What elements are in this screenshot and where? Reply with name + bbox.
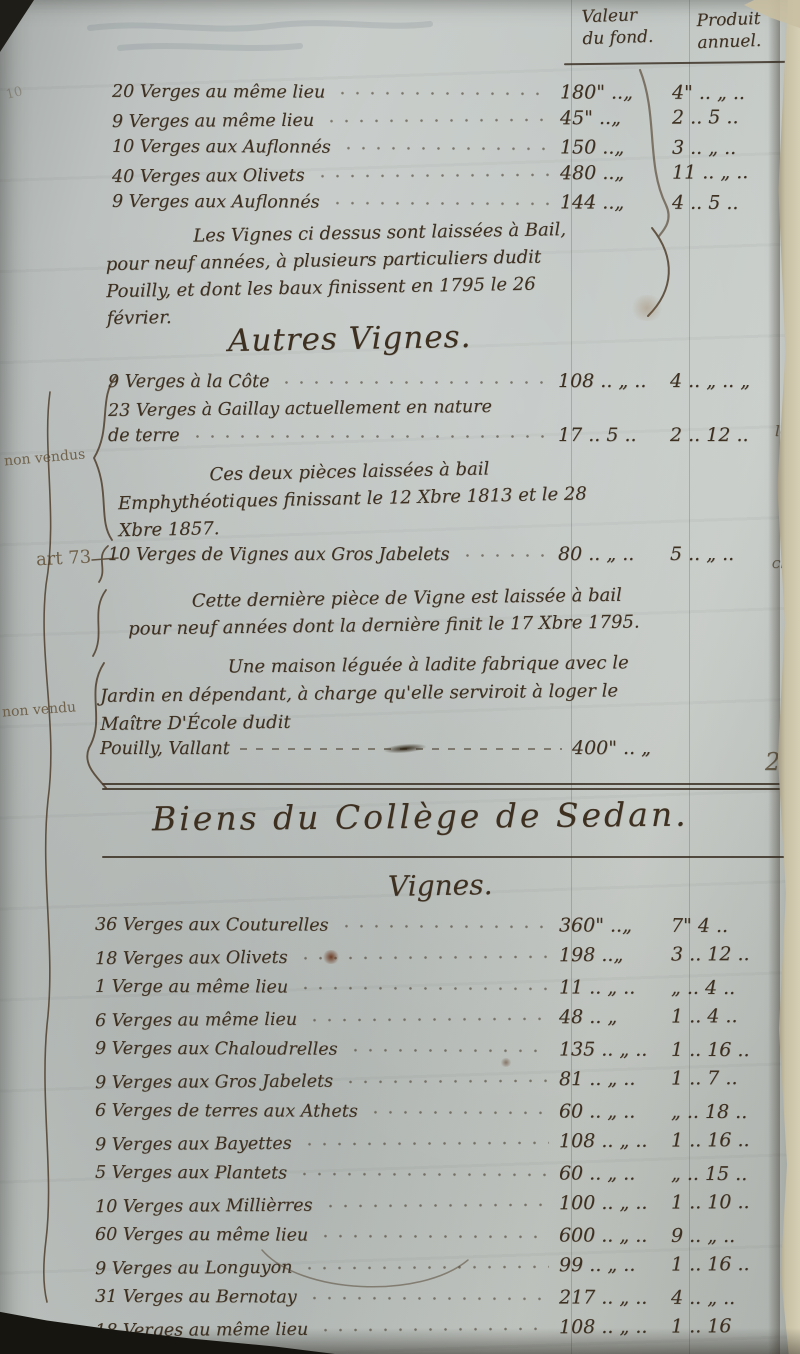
margin-note-non-vendus: non vendus <box>3 446 85 469</box>
page-gutter-shadow <box>768 0 780 1354</box>
row-description: 10 Verges aux Auflonnés <box>112 137 331 158</box>
ledger-row: 18 Verges aux Olivets 198 ..„ 3 .. 12 .. <box>95 934 771 969</box>
manuscript-page: Valeur du fond. Produit annuel. 20 Verge… <box>0 0 800 1354</box>
valeur-du-fond-value: 81 .. „ .. <box>559 1068 671 1091</box>
ledger-row: 9 Verges à la Côte 108 .. „ .. 4 .. „ ..… <box>108 370 770 392</box>
ink-stain <box>322 950 340 964</box>
produit-annuel-value: 4 .. 5 .. <box>672 192 772 214</box>
margin-brace-icon <box>99 546 108 582</box>
bail-note-pouilly: Les Vignes ci dessus sont laissées à Bai… <box>105 216 585 332</box>
produit-annuel-value: 1 .. 10 .. <box>671 1191 771 1214</box>
margin-wavy-line <box>44 392 51 1302</box>
row-description: 20 Verges au même lieu <box>112 82 325 103</box>
row-description: 5 Verges aux Plantets <box>95 1163 287 1184</box>
valeur-du-fond-value: 198 ..„ <box>559 944 671 967</box>
ledger-row: 9 Verges aux Gros Jabelets 81 .. „ .. 1 … <box>95 1058 771 1093</box>
margin-note-non-vendu: non vendu <box>2 699 77 720</box>
produit-annuel-value: 2 .. 5 .. <box>672 107 772 130</box>
valeur-du-fond-value: 60 .. „ .. <box>559 1162 671 1184</box>
valeur-du-fond-value: 80 .. „ .. <box>558 543 670 565</box>
valeur-du-fond-value: 45" ..„ <box>560 107 672 130</box>
ledger-row: 10 Verges aux Auflonnés 150 ..„ 3 .. „ .… <box>112 130 772 160</box>
bleedthrough-fragment: 10 <box>4 84 24 103</box>
bail-note-emphyteotique: Ces deux pièces laissées à bail Emphythé… <box>117 453 619 544</box>
ledger-row: 1 Verge au même lieu 11 .. „ .. „ .. 4 .… <box>95 966 771 999</box>
subheading-vignes: Vignes. <box>388 868 493 903</box>
produit-annuel-value: 4 .. „ .. „ <box>670 370 770 392</box>
dotted-leader <box>315 173 550 179</box>
valeur-du-fond-value: 600 .. „ .. <box>559 1224 671 1246</box>
row-description: 31 Verges au Bernotay <box>95 1287 297 1308</box>
valeur-du-fond-value: 135 .. „ .. <box>559 1038 671 1060</box>
divider-rule <box>102 788 790 790</box>
dotted-leader <box>339 924 549 930</box>
valeur-du-fond-value: 100 .. „ .. <box>559 1192 671 1215</box>
row-description: 36 Verges aux Couturelles <box>95 915 329 936</box>
margin-note-art-73: art 73 <box>35 547 91 571</box>
produit-annuel-value: 2 .. 12 .. <box>670 424 770 446</box>
row-description-continued: de terre <box>108 426 180 446</box>
maison-note: Une maison léguée à ladite fabrique avec… <box>100 649 646 739</box>
margin-brace-icon <box>93 590 106 656</box>
dotted-leader <box>190 434 548 439</box>
ledger-row: 9 Verges au Longuyon 99 .. „ .. 1 .. 16 … <box>95 1244 771 1279</box>
column-header-valeur-line1: Valeur <box>581 4 653 28</box>
ledger-row: 40 Verges aux Olivets 480 ..„ 11 .. „ .. <box>112 156 772 187</box>
row-description: 10 Verges de Vignes aux Gros Jabelets <box>108 545 450 565</box>
row-description: 6 Verges de terres aux Athets <box>95 1101 358 1122</box>
ledger-row: 36 Verges aux Couturelles 360" ..„ 7" 4 … <box>95 904 771 937</box>
dotted-leader <box>297 1172 549 1178</box>
ledger-row: de terre 17 .. 5 .. 2 .. 12 .. <box>108 424 770 446</box>
valeur-du-fond-value: 17 .. 5 .. <box>558 424 670 446</box>
bleedthrough-marks <box>90 23 430 48</box>
ledger-row: 60 Verges au même lieu 600 .. „ .. 9 .. … <box>95 1214 771 1247</box>
valeur-du-fond-value: 99 .. „ .. <box>559 1254 671 1277</box>
ledger-row: 5 Verges aux Plantets 60 .. „ .. „ .. 15… <box>95 1152 771 1185</box>
row-description: 1 Verge au même lieu <box>95 977 288 998</box>
produit-annuel-value: 1 .. 4 .. <box>671 1005 771 1028</box>
produit-annuel-value: 1 .. 16 .. <box>671 1253 771 1276</box>
valeur-du-fond-value: 108 .. „ .. <box>558 370 670 392</box>
ledger-row: 9 Verges aux Chaloudrelles 135 .. „ .. 1… <box>95 1028 771 1061</box>
row-description: 9 Verges aux Chaloudrelles <box>95 1039 338 1060</box>
column-header-valeur-line2: du fond. <box>582 26 654 50</box>
row-description: Pouilly, Vallant <box>100 739 230 759</box>
valeur-du-fond-value: 48 .. „ <box>559 1006 671 1029</box>
valeur-du-fond-value: 360" ..„ <box>559 914 671 936</box>
valeur-du-fond-value: 150 ..„ <box>560 137 672 159</box>
ledger-row: 31 Verges au Bernotay 217 .. „ .. 4 .. „… <box>95 1276 771 1309</box>
valeur-du-fond-value: 400" .. „ <box>572 737 662 759</box>
column-header-valeur: Valeur du fond. <box>581 4 653 50</box>
ledger-row: 20 Verges au même lieu 180" ..„ 4" .. „ … <box>112 75 772 105</box>
dotted-leader <box>323 1202 549 1208</box>
dotted-leader <box>460 553 548 558</box>
ledger-row: 10 Verges aux Millièrres 100 .. „ .. 1 .… <box>95 1182 771 1217</box>
dotted-leader <box>335 91 550 97</box>
column-header-produit-line1: Produit <box>696 8 761 32</box>
college-vignes-table: 36 Verges aux Couturelles 360" ..„ 7" 4 … <box>95 905 771 1339</box>
produit-annuel-value: 11 .. „ .. <box>672 162 772 185</box>
dotted-leader <box>307 1016 549 1022</box>
ledger-row: 6 Verges de terres aux Athets 60 .. „ ..… <box>95 1090 771 1123</box>
bail-note-derniere-piece: Cette dernière pièce de Vigne est laissé… <box>128 581 649 642</box>
dotted-leader <box>341 146 550 152</box>
column-header-produit-line2: annuel. <box>697 30 762 54</box>
dotted-leader <box>343 1078 549 1084</box>
ledger-row: 9 Verges au même lieu 45" ..„ 2 .. 5 .. <box>112 101 772 132</box>
ledger-row: 9 Verges aux Bayettes 108 .. „ .. 1 .. 1… <box>95 1120 771 1155</box>
valeur-du-fond-value: 108 .. „ .. <box>559 1130 671 1153</box>
paper-stain <box>630 295 664 321</box>
row-description: 23 Verges à Gaillay actuellement en natu… <box>108 397 492 421</box>
valeur-du-fond-value: 144 ..„ <box>560 191 672 213</box>
row-description: 9 Verges aux Auflonnés <box>112 192 320 213</box>
dotted-leader <box>279 380 548 385</box>
divider-rule <box>102 856 790 858</box>
ink-stain <box>500 1058 512 1067</box>
dotted-leader <box>307 1296 549 1302</box>
ledger-row: 6 Verges au même lieu 48 .. „ 1 .. 4 .. <box>95 996 771 1031</box>
ledger-row: 10 Verges de Vignes aux Gros Jabelets 80… <box>108 543 770 565</box>
row-description: 9 Verges à la Côte <box>108 372 269 392</box>
valeur-du-fond-value: 217 .. „ .. <box>559 1286 671 1308</box>
valeur-du-fond-value: 60 .. „ .. <box>559 1100 671 1122</box>
dotted-leader <box>302 1140 549 1147</box>
produit-annuel-value: 3 .. 12 .. <box>671 943 771 966</box>
header-rule <box>564 61 796 65</box>
valeur-du-fond-value: 11 .. „ .. <box>559 976 671 998</box>
dotted-leader <box>348 1048 549 1054</box>
section-heading-autres-vignes: Autres Vignes. <box>228 319 472 359</box>
dotted-leader <box>324 118 550 124</box>
section-heading-college: Biens du Collège de Sedan. <box>152 795 689 839</box>
dotted-leader <box>298 986 549 992</box>
pouilly-vignes-table: 20 Verges au même lieu 180" ..„ 4" .. „ … <box>112 76 772 213</box>
torn-corner-top-left <box>0 0 34 52</box>
dotted-leader <box>302 1264 549 1271</box>
divider-rule <box>102 783 790 785</box>
ledger-row: Pouilly, Vallant 400" .. „ <box>100 737 662 759</box>
produit-annuel-value: 5 .. „ .. <box>670 543 770 565</box>
produit-annuel-value: 1 .. 7 .. <box>671 1067 771 1090</box>
valeur-du-fond-value: 480 ..„ <box>560 162 672 185</box>
dotted-leader <box>330 201 550 207</box>
produit-annuel-value: 1 .. 16 .. <box>671 1129 771 1152</box>
row-description: 60 Verges au même lieu <box>95 1225 308 1246</box>
dotted-leader <box>318 1234 549 1240</box>
ledger-row: 9 Verges aux Auflonnés 144 ..„ 4 .. 5 .. <box>112 184 772 214</box>
dotted-leader <box>368 1110 549 1116</box>
column-header-produit: Produit annuel. <box>696 8 761 54</box>
